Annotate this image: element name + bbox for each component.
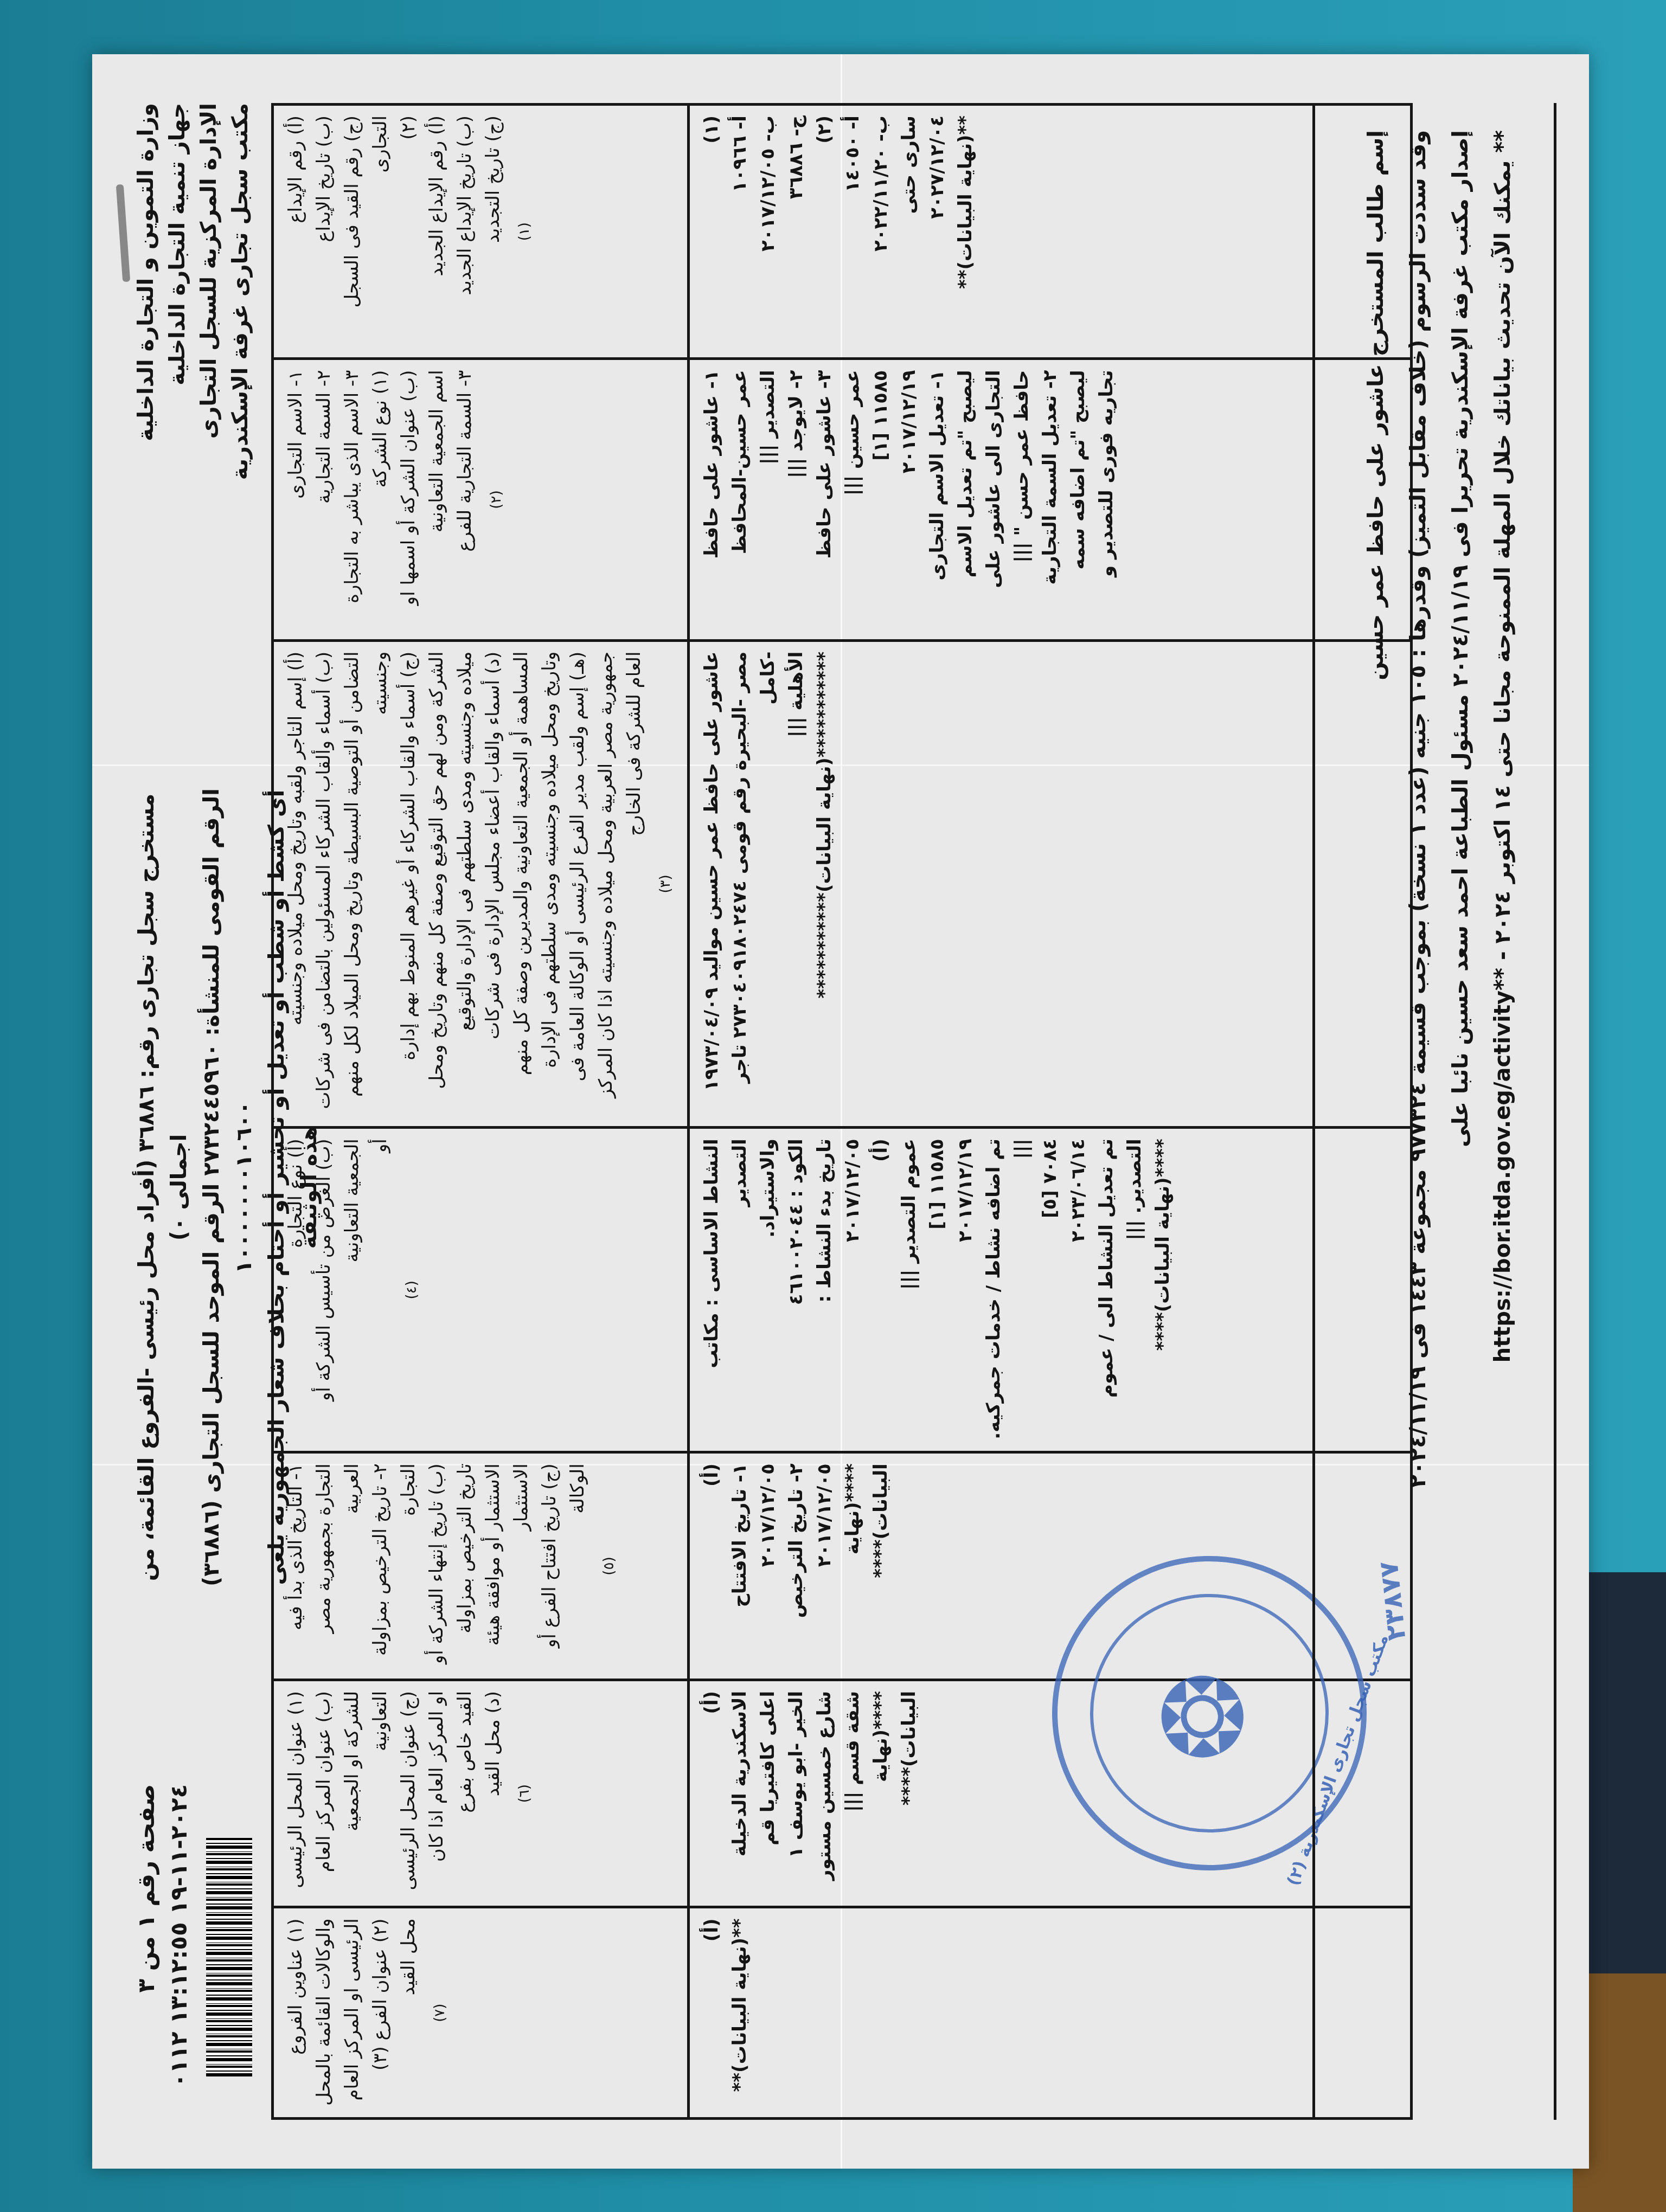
- cell-line: (أ): [697, 1918, 726, 2107]
- cell-line: **(نهاية البيانات)**: [726, 1918, 754, 2107]
- staple: [116, 184, 131, 282]
- cell-line: الأهلية |||: [782, 652, 810, 1117]
- cell-line: ٢- لايوجد |||: [782, 370, 810, 629]
- column-number: (١): [510, 115, 539, 348]
- cell-line: ب- ٢٠٢٢/١١/٢٠: [867, 115, 895, 348]
- cell-line: ***********(نهاية البيانات)***********: [810, 652, 838, 1117]
- column-number: (٤): [398, 1139, 426, 1441]
- cell-line: تم اضافه نشاط / خدمات جمركيه.: [979, 1139, 1008, 1441]
- cell-line: ٢٠١٧/١٢/٠٥: [754, 1463, 782, 1669]
- cell-line: ٢- تاريخ الترخيص: [782, 1463, 810, 1669]
- column-data-2: ١- عاشور على حافظعمر حسين-المحافظالتصدير…: [689, 359, 1412, 640]
- column-header-3: (أ) إسم التاجر ولقبه وتاريخ ومحل ميلاده …: [273, 640, 689, 1128]
- cell-line: التصدير |||: [754, 370, 782, 629]
- cell-line: ٢٠١٧/١٢/٠٥: [838, 1139, 867, 1441]
- column-header-notes: (أ) إسم التاجر ولقبه وتاريخ ومحل ميلاده …: [281, 652, 648, 1117]
- ministry-line: مكتب سجل تجارى غرفة الإسكندرية: [225, 103, 256, 480]
- cell-line: ١- تعديل الاسم التجارى: [923, 370, 951, 629]
- ministry-line: الإدارة المركزية للسجل التجارى: [193, 103, 225, 480]
- column-header-4: (أ) نوع التجارة (ب) الغرض من تأسيس الشرك…: [273, 1128, 689, 1452]
- cell-line: مصر -البحيرة رقم قومى ٢٧٣٠٤٠٩١٨٠٢٤٧٤ تاج…: [726, 652, 782, 1117]
- cell-line: (٢): [810, 115, 838, 348]
- column-number: (٦): [510, 1691, 539, 1896]
- activity-link[interactable]: https://bor.itda.gov.eg/activity**: [1490, 968, 1515, 1362]
- document-footer: إسم طالب المستخرج عاشور على حافظ عمر حسي…: [1355, 130, 1524, 2093]
- cell-line: (أ): [867, 1139, 895, 1441]
- column-number: (٢): [482, 370, 510, 629]
- cell-line: شقة قسم |||: [838, 1691, 867, 1896]
- cell-line: ٢٠١٧/١٢/٠٥: [810, 1463, 838, 1669]
- cell-line: والاستيراد.: [754, 1139, 782, 1441]
- column-data-4: النشاط الاساسى : مكاتب التصديروالاستيراد…: [689, 1128, 1412, 1452]
- barcode: [206, 1838, 252, 2076]
- column-header-notes: (١) عناوين الفروع والوكالات القائمة بالم…: [281, 1918, 422, 2107]
- cell-line: ١- عاشور على حافظ: [697, 370, 726, 629]
- cell-line: أ- ١٤٠٥٠: [838, 115, 867, 348]
- cell-line: الخير -ابو يوسف ١: [782, 1691, 810, 1896]
- cell-line: ٢- تعديل السمة التجارية: [1036, 370, 1064, 629]
- column-data-3: عاشور على حافظ عمر حسين مواليد ١٩٧٣/٠٤/٠…: [689, 640, 1412, 1128]
- column-header-7: (١) عناوين الفروع والوكالات القائمة بالم…: [273, 1907, 689, 2119]
- cell-line: ١١٥٨٥ [١]: [923, 1139, 951, 1441]
- column-header-notes: (١) عنوان المحل الرئيسى (ب) عنوان المركز…: [281, 1691, 507, 1896]
- cell-line: اعلى كافتيريا قم: [754, 1691, 782, 1896]
- ministry-line: جهاز تنمية التجارة الداخلية: [162, 103, 193, 480]
- cell-line: حافظ عمر حسن " |||: [1008, 370, 1036, 629]
- column-data-1: (١)أ- ١٠٩٦٦ب- ٢٠١٧/١٢/٠٥ج- ٣٦٨٨٦(٢)أ- ١٤…: [689, 105, 1412, 359]
- fees-statement: وقد سددت الرسوم (خلاف مقابل التميز) وقدر…: [1397, 130, 1439, 2093]
- title-line: مستخرج سجل تجارى رقم: ٣٦٨٨٦ (أفراد محل ر…: [130, 781, 195, 1594]
- cell-line: النشاط الاساسى : مكاتب التصدير: [697, 1139, 754, 1441]
- cell-line: التجارى الى عاشور على: [979, 370, 1008, 629]
- issuing-authority: وزارة التموين و التجارة الداخلية جهاز تن…: [130, 103, 256, 480]
- cell-line: التصدير. |||: [1120, 1139, 1149, 1441]
- page-number: صفحة رقم ١ من ٣: [130, 1784, 163, 2087]
- cell-line: تم تعديل النشاط الى / عموم: [1092, 1139, 1120, 1441]
- ministry-line: وزارة التموين و التجارة الداخلية: [130, 103, 162, 480]
- cell-line: ٢٠١٧/١٢/١٩: [951, 1139, 979, 1441]
- page-info: صفحة رقم ١ من ٣ ٢٠٢٤-١١-١٩ ١٣:١٢:٥٥ ٠١١٢: [130, 1784, 195, 2087]
- cell-line: ١- تاريخ الافتتاح: [726, 1463, 754, 1669]
- document-photo: وزارة التموين و التجارة الداخلية جهاز تن…: [65, 33, 1616, 2190]
- document-header: وزارة التموين و التجارة الداخلية جهاز تن…: [130, 103, 293, 2120]
- column-number: (٣): [651, 652, 680, 1117]
- column-header-notes: (أ) رقم الإيداع (ب) تاريخ الإيداع (ج) رق…: [281, 115, 507, 348]
- cell-line: ب- ٢٠١٧/١٢/٠٥: [754, 115, 782, 348]
- cell-line: **(نهاية البيانات)**: [951, 115, 979, 348]
- cell-line: ٢٠١٧/١٢/١٩: [895, 370, 923, 629]
- cell-line: عمر حسين-المحافظ: [726, 370, 754, 629]
- cell-line: الكود : ٤٦١٠٠٢٠٤٤: [782, 1139, 810, 1441]
- cell-line: ٢٠٢٧/١٢/٠٤: [923, 115, 951, 348]
- cell-line: ٢٠٢٣/٠٦/١٤: [1064, 1139, 1092, 1441]
- cell-line: ****(نهاية البيانات)****: [838, 1463, 895, 1669]
- issue-statement: إصدار مكتب غرفة الإسكندرية تحريرا فى ٢٠٢…: [1439, 130, 1482, 2093]
- cell-line: تجاريه فورى للتصدير و: [1092, 370, 1120, 629]
- cell-line: |||: [1008, 1139, 1036, 1441]
- column-header-2: ١- الاسم التجارى ٢- السمة التجارية ٣- ال…: [273, 359, 689, 640]
- column-header-notes: (أ) نوع التجارة (ب) الغرض من تأسيس الشرك…: [281, 1139, 394, 1441]
- title-line: الرقم القومى للمنشأة: ٢٧٣٢٤٤٥٩٦٠ الرقم ا…: [195, 781, 260, 1594]
- cell-line: ****(نهاية البيانات)****: [1149, 1139, 1177, 1441]
- column-number: (٥): [595, 1463, 623, 1669]
- cell-line: عمر حسين |||: [838, 370, 867, 629]
- column-header-1: (أ) رقم الإيداع (ب) تاريخ الإيداع (ج) رق…: [273, 105, 689, 359]
- column-header-5: ١- التاريخ الذى بدأ فيه التجارة بجمهورية…: [273, 1452, 689, 1680]
- cell-line: ج- ٣٦٨٨٦: [782, 115, 810, 348]
- cell-line: ٣- عاشور على حافظ: [810, 370, 838, 629]
- cell-line: الاسكندرية الدخيلة: [726, 1691, 754, 1896]
- column-number: (٧): [426, 1918, 454, 2107]
- cell-line: ****(نهاية البيانات)****: [867, 1691, 923, 1896]
- column-header-row: (أ) رقم الإيداع (ب) تاريخ الإيداع (ج) رق…: [273, 105, 689, 2119]
- cell-line: عاشور على حافظ عمر حسين مواليد ١٩٧٣/٠٤/٠…: [697, 652, 726, 1117]
- cell-line: (١): [697, 115, 726, 348]
- column-data-7: (أ)**(نهاية البيانات)**: [689, 1907, 1412, 2119]
- cell-line: شارع خمسين مستور: [810, 1691, 838, 1896]
- commercial-register-extract: وزارة التموين و التجارة الداخلية جهاز تن…: [92, 54, 1589, 2169]
- column-header-notes: ١- الاسم التجارى ٢- السمة التجارية ٣- ال…: [281, 370, 479, 629]
- cell-line: سارى حتى: [895, 115, 923, 348]
- cell-line: (أ): [697, 1691, 726, 1896]
- cell-line: ١١٥٨٥ [١]: [867, 370, 895, 629]
- applicant-name: إسم طالب المستخرج عاشور على حافظ عمر حسي…: [1355, 130, 1397, 2093]
- cell-line: عموم التصدير |||: [895, 1139, 923, 1441]
- update-notice: ** يمكنك الآن تحديث بياناتك خلال المهلة …: [1482, 130, 1524, 2093]
- cell-line: ٧٠٨٤ [٥]: [1036, 1139, 1064, 1441]
- print-timestamp: ٢٠٢٤-١١-١٩ ١٣:١٢:٥٥ ٠١١٢: [163, 1784, 195, 2087]
- cell-line: ليصبح "تم تعديل الاسم: [951, 370, 979, 629]
- cell-line: أ- ١٠٩٦٦: [726, 115, 754, 348]
- cell-line: ليصبح "تم اضافه سمه: [1064, 370, 1092, 629]
- column-header-notes: ١- التاريخ الذى بدأ فيه التجارة بجمهورية…: [281, 1463, 592, 1669]
- cell-line: تاريخ بدء النشاط :: [810, 1139, 838, 1441]
- cell-line: (أ): [697, 1463, 726, 1669]
- column-header-6: (١) عنوان المحل الرئيسى (ب) عنوان المركز…: [273, 1680, 689, 1907]
